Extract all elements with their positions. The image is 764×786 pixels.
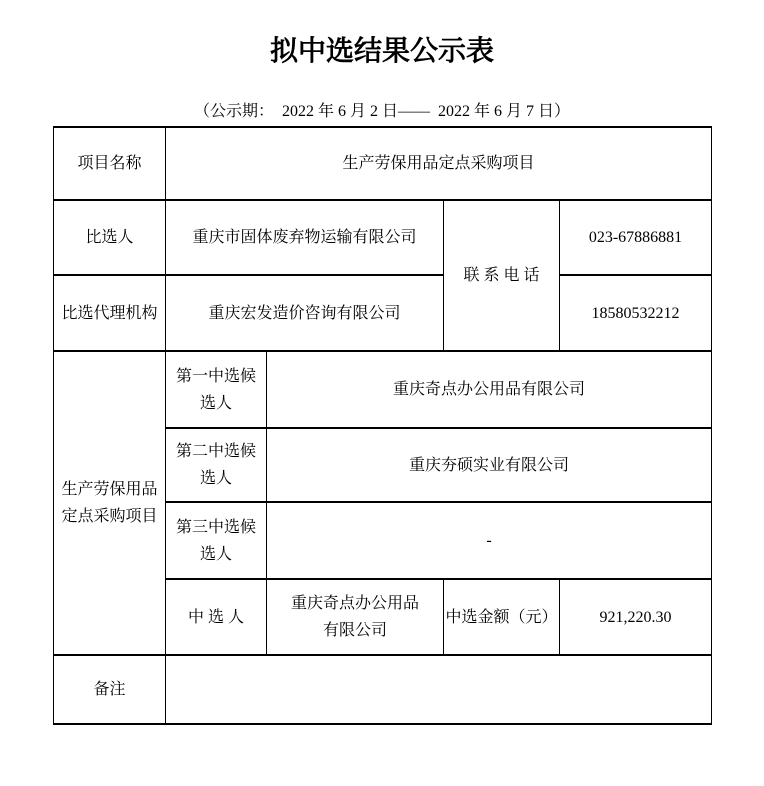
selector-label: 比选人 [54, 200, 166, 275]
row-selector: 比选人 重庆市固体废弃物运输有限公司 联 系 电 话 023-67886881 [54, 200, 712, 275]
notice-page: 拟中选结果公示表 （公示期： 2022 年 6 月 2 日—— 2022 年 6… [0, 0, 764, 786]
agency-phone: 18580532212 [560, 275, 712, 351]
agency-label: 比选代理机构 [54, 275, 166, 351]
remarks-value [166, 655, 712, 724]
row-agency: 比选代理机构 重庆宏发造价咨询有限公司 18580532212 [54, 275, 712, 351]
row-project-name: 项目名称 生产劳保用品定点采购项目 [54, 127, 712, 200]
row-remarks: 备注 [54, 655, 712, 724]
row-candidate1: 生产劳保用品 定点采购项目 第一中选候 选人 重庆奇点办公用品有限公司 [54, 351, 712, 428]
selector-value: 重庆市固体废弃物运输有限公司 [166, 200, 444, 275]
agency-value: 重庆宏发造价咨询有限公司 [166, 275, 444, 351]
selector-phone: 023-67886881 [560, 200, 712, 275]
winner-label: 中 选 人 [166, 579, 267, 655]
publicity-period: （公示期： 2022 年 6 月 2 日—— 2022 年 6 月 7 日） [0, 103, 764, 120]
candidate1-label: 第一中选候 选人 [166, 351, 267, 428]
candidate2-value: 重庆夯硕实业有限公司 [267, 428, 712, 502]
candidate2-label: 第二中选候 选人 [166, 428, 267, 502]
remarks-label: 备注 [54, 655, 166, 724]
amount-value: 921,220.30 [560, 579, 712, 655]
contact-phone-label: 联 系 电 话 [444, 200, 560, 351]
amount-label: 中选金额（元） [444, 579, 560, 655]
results-table: 项目名称 生产劳保用品定点采购项目 比选人 重庆市固体废弃物运输有限公司 联 系… [53, 126, 712, 725]
candidate3-value: - [267, 502, 712, 579]
project-name-label: 项目名称 [54, 127, 166, 200]
page-title: 拟中选结果公示表 [0, 0, 764, 68]
project-name-value: 生产劳保用品定点采购项目 [166, 127, 712, 200]
section-label: 生产劳保用品 定点采购项目 [54, 351, 166, 655]
candidate3-label: 第三中选候 选人 [166, 502, 267, 579]
candidate1-value: 重庆奇点办公用品有限公司 [267, 351, 712, 428]
winner-value: 重庆奇点办公用品 有限公司 [267, 579, 444, 655]
